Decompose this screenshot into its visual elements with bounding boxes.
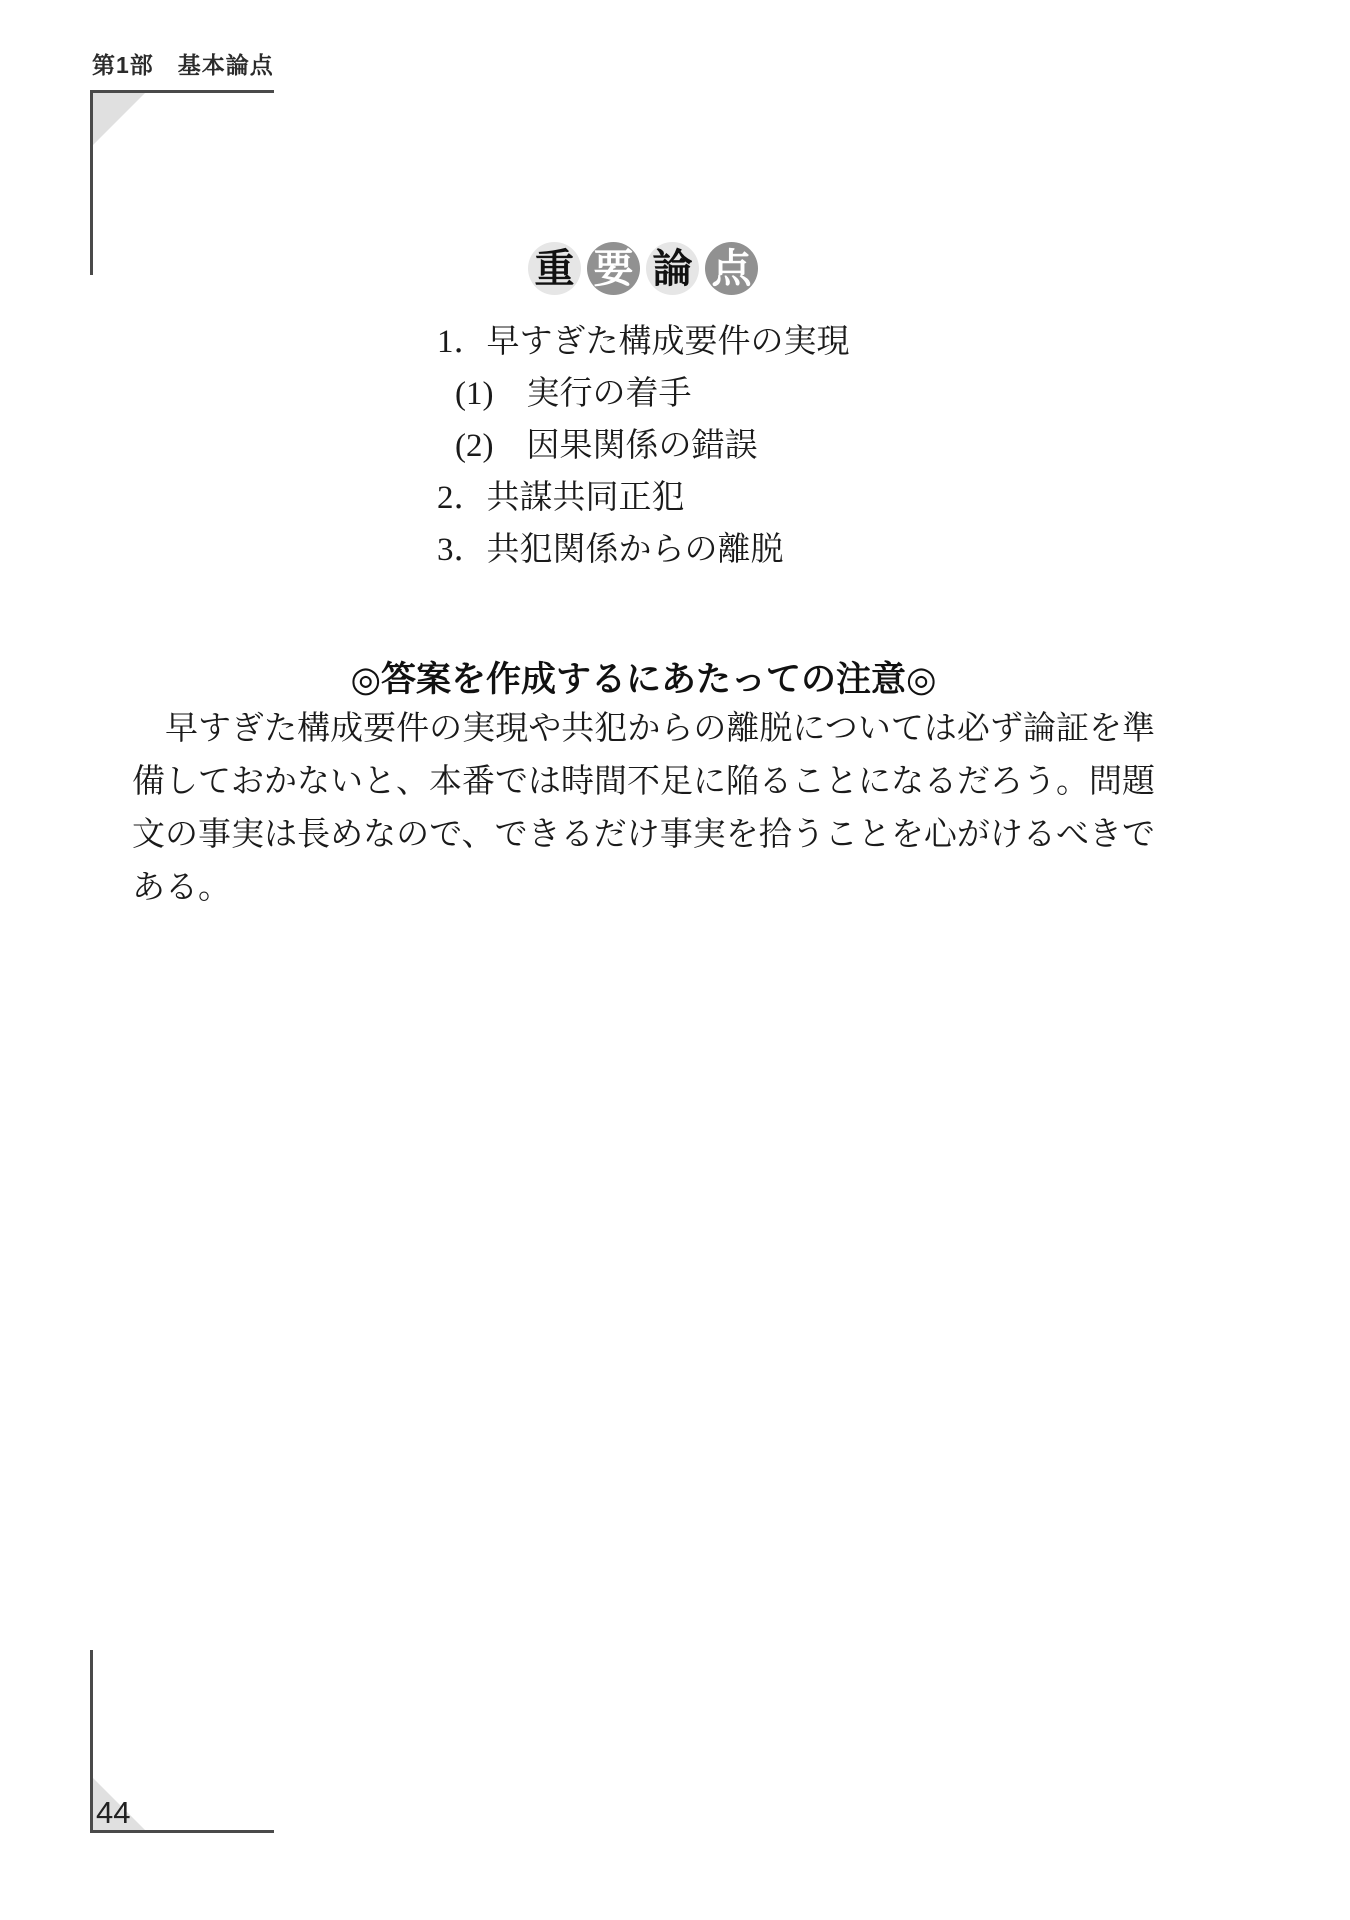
badge-circle-4: 点 (705, 242, 758, 295)
important-topics-badge: 重 要 論 点 (528, 242, 758, 295)
topic-item-1: 1．早すぎた構成要件の実現 (437, 316, 850, 368)
note-body: 早すぎた構成要件の実現や共犯からの離脱については必ず論証を準備しておかないと、本… (132, 703, 1155, 915)
page-number: 44 (96, 1796, 130, 1830)
topic-item-1-1: (1) 実行の着手 (437, 368, 850, 420)
bottom-corner-rule-horizontal (90, 1830, 274, 1833)
badge-circle-2: 要 (587, 242, 640, 295)
topic-item-2: 2．共謀共同正犯 (437, 472, 850, 524)
note-heading: ◎答案を作成するにあたっての注意◎ (132, 658, 1155, 702)
book-page: 第1部 基本論点 重 要 論 点 1．早すぎた構成要件の実現 (1) 実行の着手… (0, 0, 1350, 1920)
topic-item-1-2: (2) 因果関係の錯誤 (437, 420, 850, 472)
badge-circle-1: 重 (528, 242, 581, 295)
topic-item-3: 3．共犯関係からの離脱 (437, 524, 850, 576)
badge-circle-3: 論 (646, 242, 699, 295)
topics-list: 1．早すぎた構成要件の実現 (1) 実行の着手 (2) 因果関係の錯誤 2．共謀… (437, 316, 850, 576)
running-header: 第1部 基本論点 (92, 50, 274, 80)
top-corner-triangle (93, 93, 145, 145)
